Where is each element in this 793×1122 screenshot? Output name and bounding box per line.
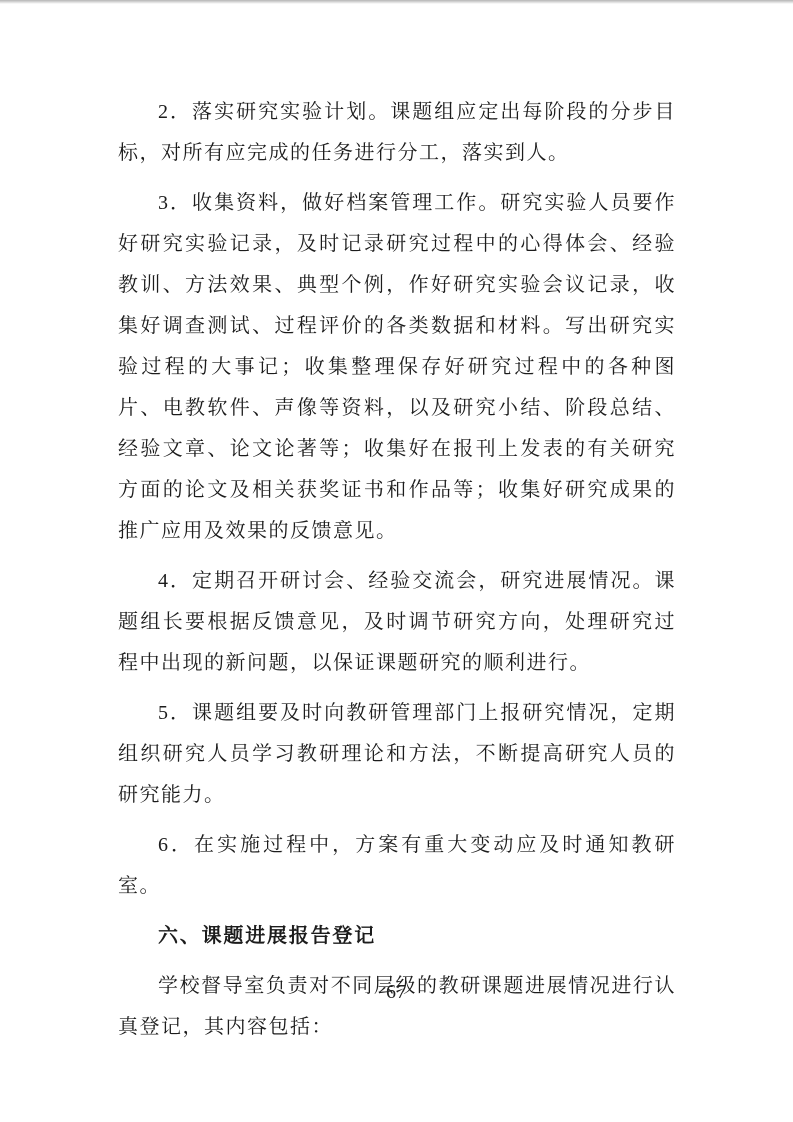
- closing-paragraph: 学校督导室负责对不同层级的教研课题进展情况进行认真登记，其内容包括：: [118, 966, 676, 1048]
- page-number: 67: [386, 981, 407, 1003]
- document-body: 2．落实研究实验计划。课题组应定出每阶段的分步目标，对所有应完成的任务进行分工，…: [118, 92, 676, 1057]
- paragraph-item-3: 3．收集资料，做好档案管理工作。研究实验人员要作好研究实验记录，及时记录研究过程…: [118, 183, 676, 552]
- page-footer: 67: [0, 981, 793, 1004]
- document-page: { "colors": { "background": "#ffffff", "…: [0, 0, 793, 1122]
- paragraph-item-6: 6．在实施过程中，方案有重大变动应及时通知教研室。: [118, 825, 676, 907]
- section-heading: 六、课题进展报告登记: [118, 916, 676, 957]
- paragraph-item-5: 5．课题组要及时向教研管理部门上报研究情况，定期组织研究人员学习教研理论和方法，…: [118, 693, 676, 816]
- page-top-edge-shadow: [0, 0, 793, 4]
- paragraph-item-2: 2．落实研究实验计划。课题组应定出每阶段的分步目标，对所有应完成的任务进行分工，…: [118, 92, 676, 174]
- paragraph-item-4: 4．定期召开研讨会、经验交流会，研究进展情况。课题组长要根据反馈意见，及时调节研…: [118, 561, 676, 684]
